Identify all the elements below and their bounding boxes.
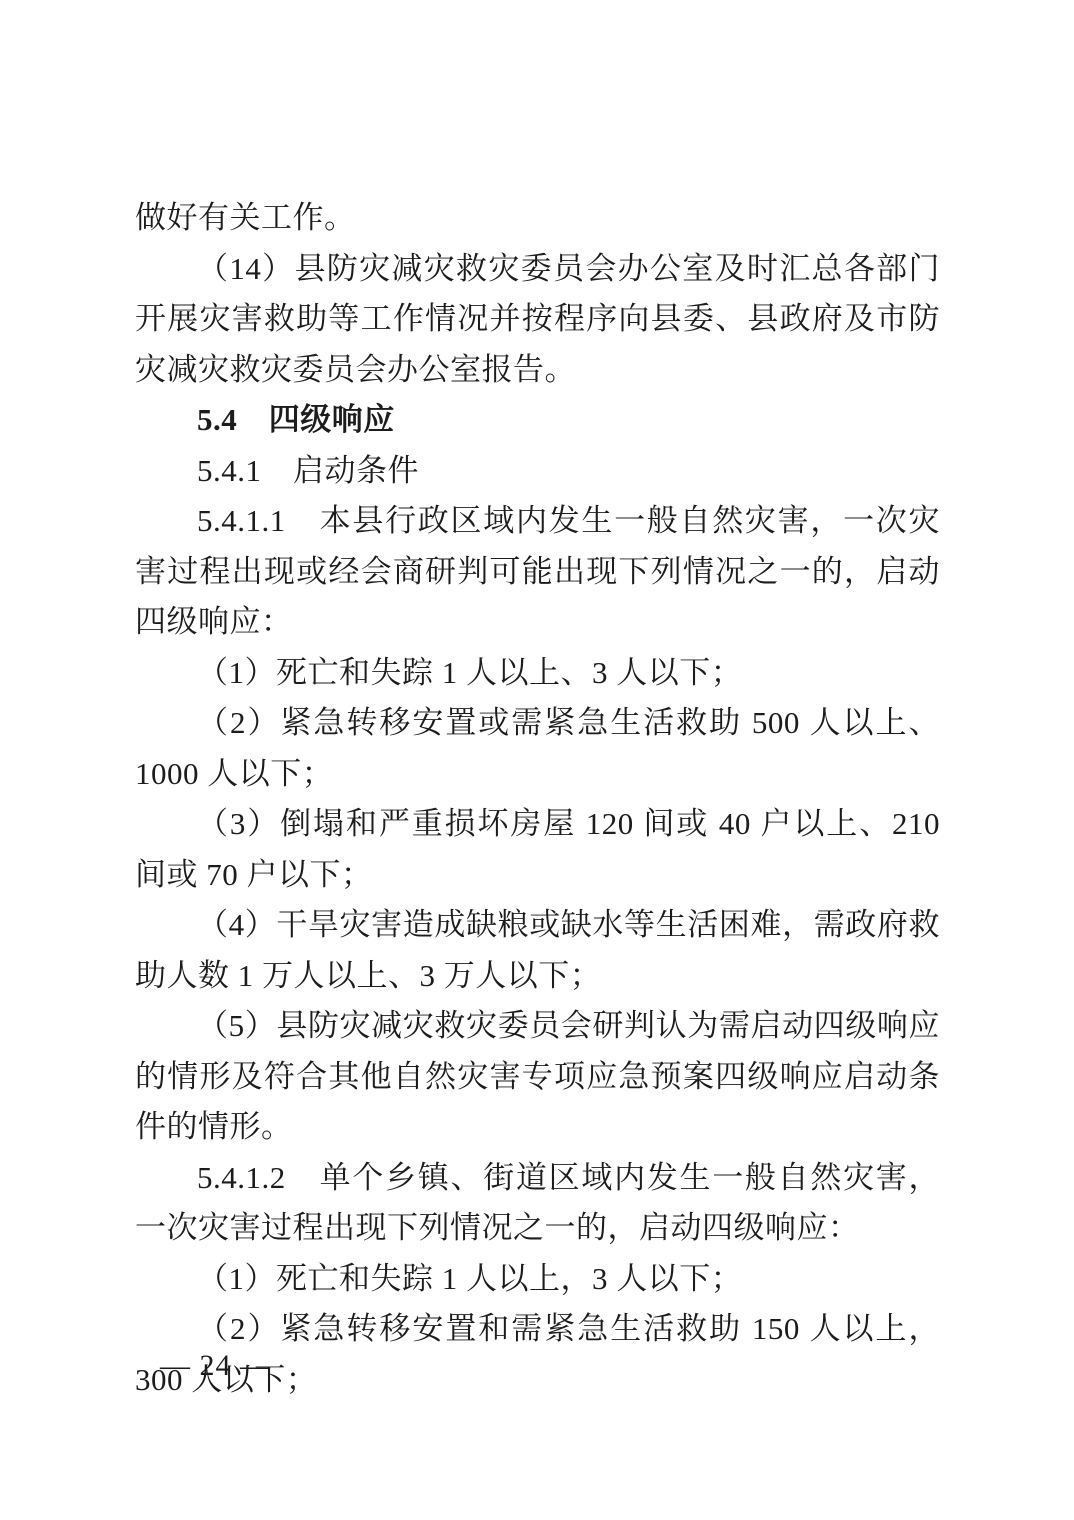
document-body: 做好有关工作。 （14）县防灾减灾救灾委员会办公室及时汇总各部门开展灾害救助等工…	[135, 193, 940, 1405]
paragraph-5-4-1-1: 5.4.1.1 本县行政区域内发生一般自然灾害，一次灾害过程出现或经会商研判可能…	[135, 496, 940, 648]
list-item-5: （5）县防灾减灾救灾委员会研判认为需启动四级响应的情形及符合其他自然灾害专项应急…	[135, 1001, 940, 1153]
section-heading-5-4-1: 5.4.1 启动条件	[135, 446, 940, 497]
page-number: — 24 —	[160, 1348, 271, 1384]
document-page: 做好有关工作。 （14）县防灾减灾救灾委员会办公室及时汇总各部门开展灾害救助等工…	[0, 0, 1074, 1520]
list-item-1b: （1）死亡和失踪 1 人以上，3 人以下；	[135, 1254, 940, 1305]
paragraph-item-14: （14）县防灾减灾救灾委员会办公室及时汇总各部门开展灾害救助等工作情况并按程序向…	[135, 244, 940, 396]
list-item-1: （1）死亡和失踪 1 人以上、3 人以下；	[135, 648, 940, 699]
paragraph-continuation: 做好有关工作。	[135, 193, 940, 244]
paragraph-5-4-1-2: 5.4.1.2 单个乡镇、街道区域内发生一般自然灾害，一次灾害过程出现下列情况之…	[135, 1153, 940, 1254]
section-heading-5-4: 5.4 四级响应	[135, 395, 940, 446]
list-item-2: （2）紧急转移安置或需紧急生活救助 500 人以上、1000 人以下；	[135, 698, 940, 799]
list-item-4: （4）干旱灾害造成缺粮或缺水等生活困难，需政府救助人数 1 万人以上、3 万人以…	[135, 900, 940, 1001]
list-item-3: （3）倒塌和严重损坏房屋 120 间或 40 户以上、210 间或 70 户以下…	[135, 799, 940, 900]
